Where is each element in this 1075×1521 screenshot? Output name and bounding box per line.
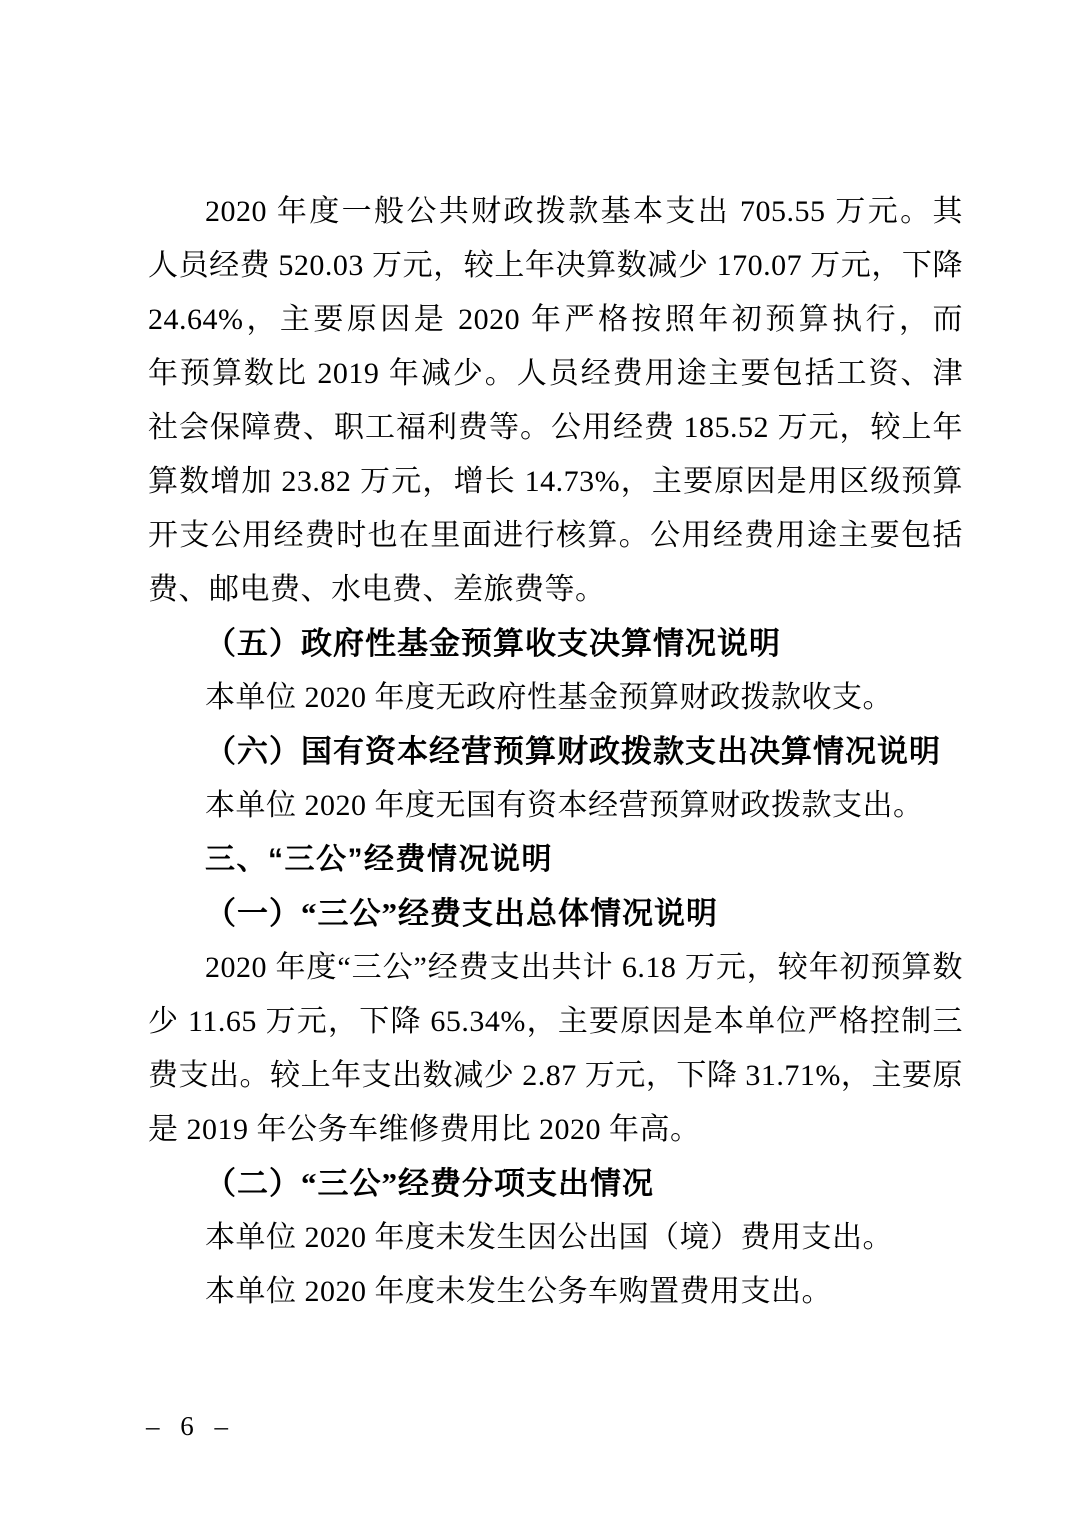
para-sangong-line-4: 是 2019 年公务车维修费用比 2020 年高。	[148, 1103, 963, 1157]
para-subsection-2-line-1: 本单位 2020 年度未发生因公出国（境）费用支出。	[148, 1211, 963, 1265]
para-basic-expense-line-2: 人员经费 520.03 万元，较上年决算数减少 170.07 万元，下降	[148, 239, 963, 293]
para-sangong-line-1: 2020 年度“三公”经费支出共计 6.18 万元，较年初预算数减	[148, 941, 963, 995]
heading-subsection-2: （二）“三公”经费分项支出情况	[148, 1157, 963, 1211]
heading-section-6: （六）国有资本经营预算财政拨款支出决算情况说明	[148, 725, 963, 779]
para-basic-expense-line-6: 算数增加 23.82 万元，增长 14.73%，主要原因是用区级预算资金	[148, 455, 963, 509]
para-section-5-line-1: 本单位 2020 年度无政府性基金预算财政拨款收支。	[148, 671, 963, 725]
para-sangong-line-3: 费支出。较上年支出数减少 2.87 万元，下降 31.71%，主要原因	[148, 1049, 963, 1103]
document-page: 2020 年度一般公共财政拨款基本支出 705.55 万元。其中：人员经费 52…	[0, 0, 1075, 1521]
heading-subsection-1: （一）“三公”经费支出总体情况说明	[148, 887, 963, 941]
para-basic-expense-line-3: 24.64%，主要原因是 2020 年严格按照年初预算执行，而 2020	[148, 293, 963, 347]
para-basic-expense-line-4: 年预算数比 2019 年减少。人员经费用途主要包括工资、津贴、	[148, 347, 963, 401]
para-section-6-line-1: 本单位 2020 年度无国有资本经营预算财政拨款支出。	[148, 779, 963, 833]
para-basic-expense-line-1: 2020 年度一般公共财政拨款基本支出 705.55 万元。其中：	[148, 185, 963, 239]
para-basic-expense-line-5: 社会保障费、职工福利费等。公用经费 185.52 万元，较上年决	[148, 401, 963, 455]
para-subsection-2-line-2: 本单位 2020 年度未发生公务车购置费用支出。	[148, 1265, 963, 1319]
para-basic-expense-line-8: 费、邮电费、水电费、差旅费等。	[148, 563, 963, 617]
para-basic-expense-line-7: 开支公用经费时也在里面进行核算。公用经费用途主要包括办公	[148, 509, 963, 563]
document-body: 2020 年度一般公共财政拨款基本支出 705.55 万元。其中：人员经费 52…	[148, 185, 963, 1319]
page-number: – 6 –	[146, 1406, 235, 1446]
para-sangong-line-2: 少 11.65 万元，下降 65.34%，主要原因是本单位严格控制三公经	[148, 995, 963, 1049]
heading-chapter-3: 三、“三公”经费情况说明	[148, 833, 963, 887]
heading-section-5: （五）政府性基金预算收支决算情况说明	[148, 617, 963, 671]
